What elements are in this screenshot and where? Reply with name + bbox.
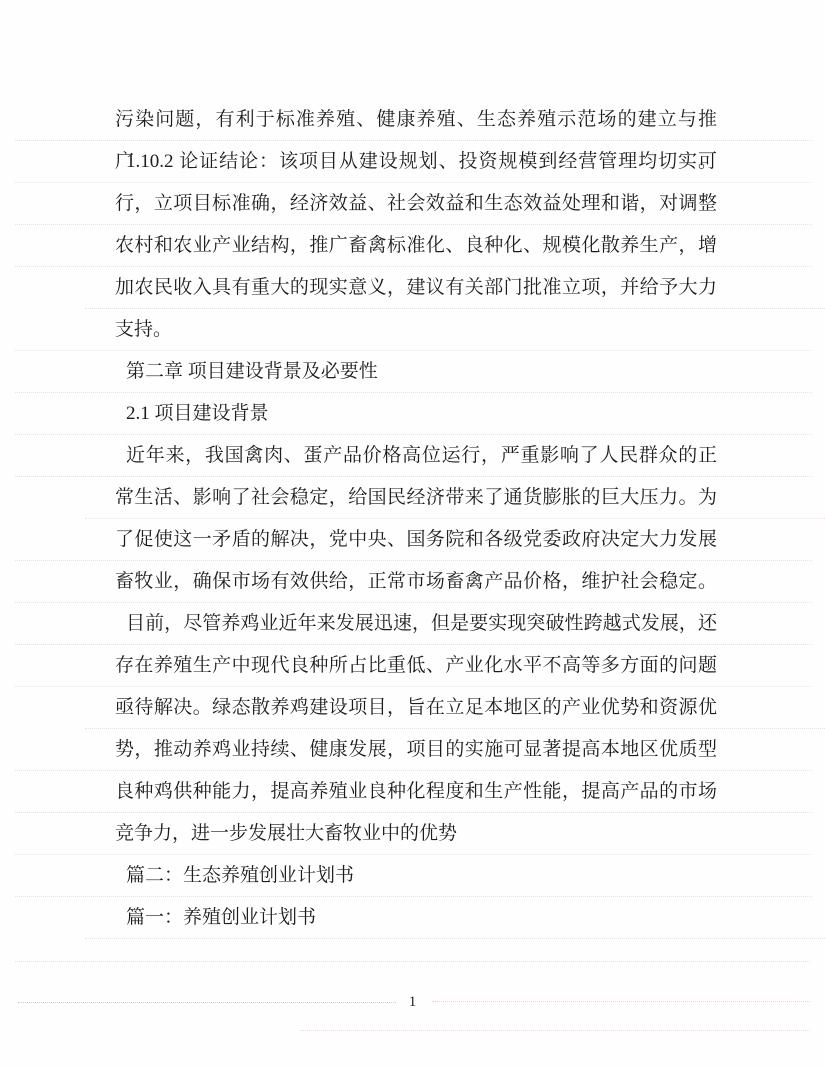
chapter-heading: 第二章 项目建设背景及必要性 — [115, 351, 717, 393]
page-number: 1 — [409, 994, 417, 1010]
text-line: 污染问题，有利于标准养殖、健康养殖、生态养殖示范场的建立与推广。 — [115, 99, 717, 141]
text-line: 了促使这一矛盾的解决，党中央、国务院和各级党委政府决定大力发展 — [115, 519, 717, 561]
scan-artifact-line — [18, 1002, 396, 1003]
text-line: 1.10.2 论证结论：该项目从建设规划、投资规模到经营管理均切实可 — [115, 141, 717, 183]
text-line: 行，立项目标准确，经济效益、社会效益和生态效益处理和谐，对调整 — [115, 183, 717, 225]
text-line: 亟待解决。绿态散养鸡建设项目，旨在立足本地区的产业优势和资源优 — [115, 687, 717, 729]
text-line: 存在养殖生产中现代良种所占比重低、产业化水平不高等多方面的问题 — [115, 645, 717, 687]
document-page: 污染问题，有利于标准养殖、健康养殖、生态养殖示范场的建立与推广。 1.10.2 … — [0, 0, 825, 1069]
scan-artifact-line — [15, 961, 810, 962]
text-line: 常生活、影响了社会稳定，给国民经济带来了通货膨胀的巨大压力。为 — [115, 477, 717, 519]
text-line: 畜牧业，确保市场有效供给，正常市场畜禽产品价格，维护社会稳定。 — [115, 561, 717, 603]
section-heading: 2.1 项目建设背景 — [115, 393, 717, 435]
scan-artifact-line — [432, 1001, 810, 1002]
text-line: 支持。 — [115, 309, 717, 351]
text-line: 目前，尽管养鸡业近年来发展迅速，但是要实现突破性跨越式发展，还 — [115, 603, 717, 645]
text-line: 加农民收入具有重大的现实意义，建议有关部门批准立项，并给予大力 — [115, 267, 717, 309]
text-line: 农村和农业产业结构，推广畜禽标准化、良种化、规模化散养生产，增 — [115, 225, 717, 267]
document-body: 污染问题，有利于标准养殖、健康养殖、生态养殖示范场的建立与推广。 1.10.2 … — [115, 99, 717, 939]
section-label: 篇二：生态养殖创业计划书 — [115, 855, 717, 897]
section-label: 篇一：养殖创业计划书 — [115, 897, 717, 939]
text-line: 良种鸡供种能力，提高养殖业良种化程度和生产性能，提高产品的市场 — [115, 771, 717, 813]
text-line: 势，推动养鸡业持续、健康发展，项目的实施可显著提高本地区优质型 — [115, 729, 717, 771]
text-line: 近年来，我国禽肉、蛋产品价格高位运行，严重影响了人民群众的正 — [115, 435, 717, 477]
scan-artifact-line — [300, 1030, 810, 1031]
text-line: 竞争力，进一步发展壮大畜牧业中的优势 — [115, 813, 717, 855]
